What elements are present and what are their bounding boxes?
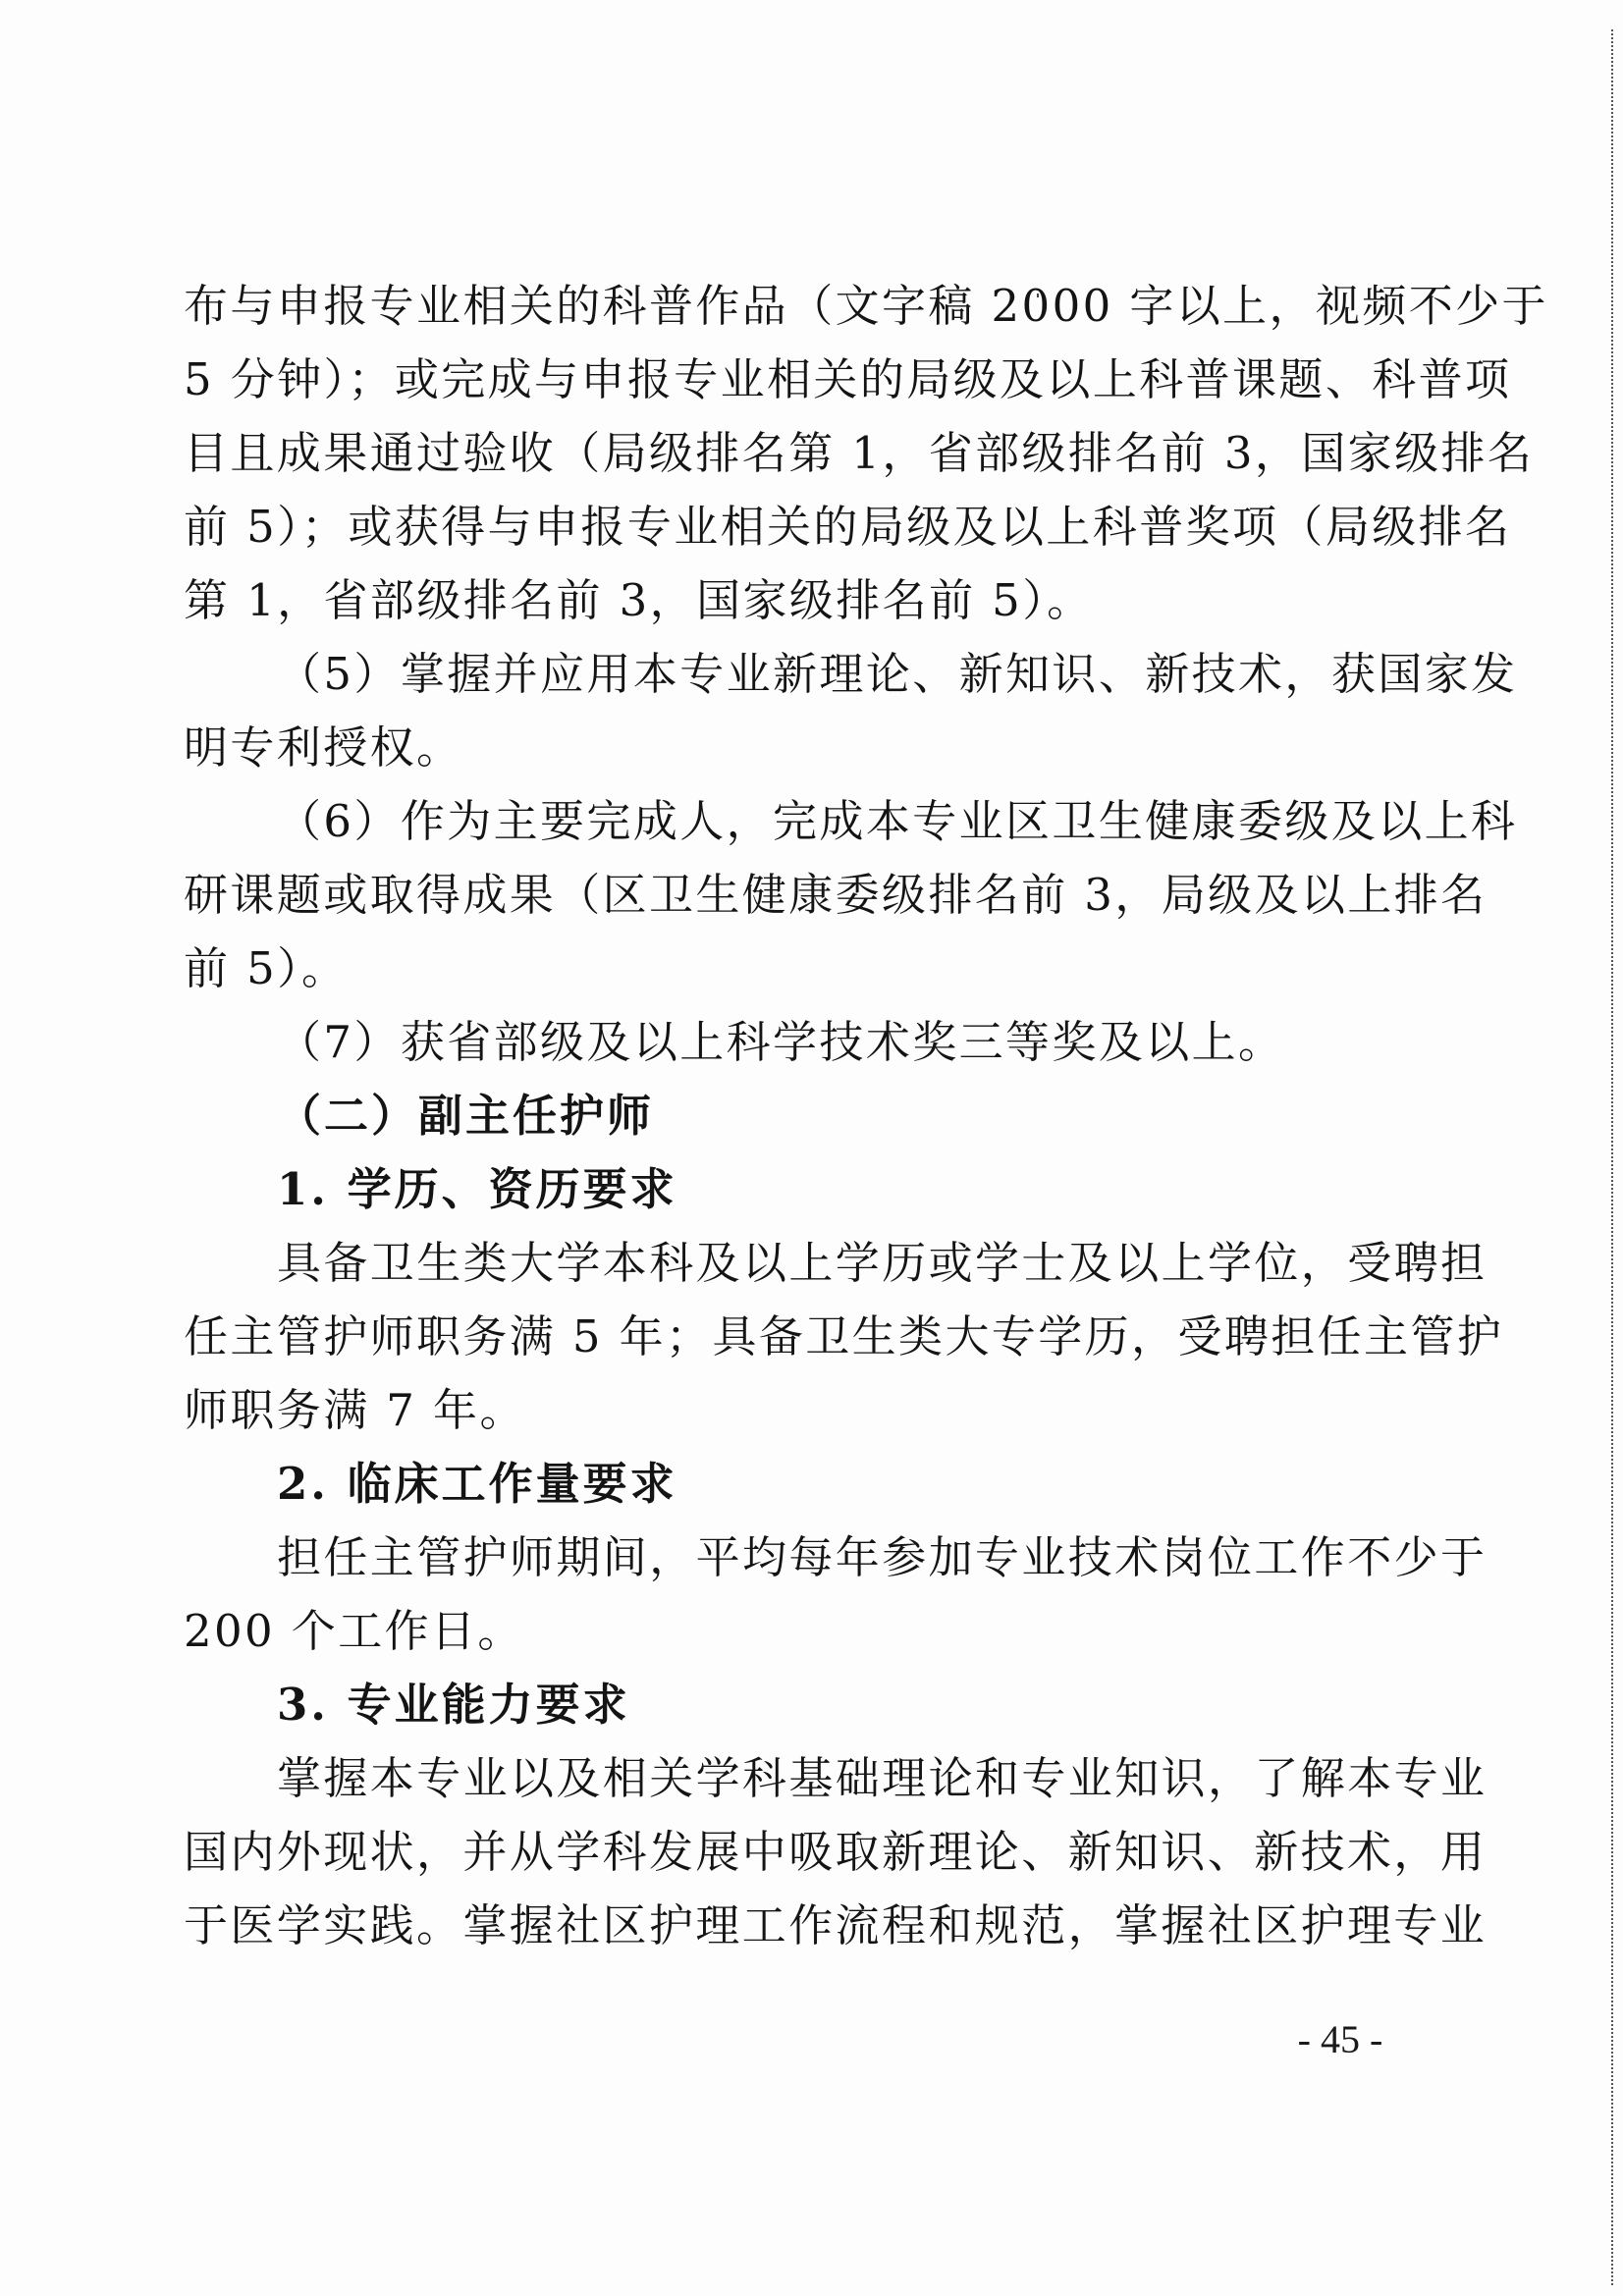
section-heading-deputy-chief-nurse: （二）副主任护师: [184, 1088, 1402, 1161]
text-line: 明专利授权。: [184, 720, 1402, 793]
body-text: 布与申报专业相关的科普作品（文字稿 2000 字以上，视频不少于 5 分钟）；或…: [184, 278, 1402, 1971]
text-line: 国内外现状，并从学科发展中吸取新理论、新知识、新技术，用: [184, 1824, 1402, 1897]
text-line: 研课题或取得成果（区卫生健康委级排名前 3，局级及以上排名: [184, 867, 1402, 940]
text-line: 具备卫生类大学本科及以上学历或学士及以上学位，受聘担: [184, 1235, 1402, 1308]
text-line: 前 5）。: [184, 940, 1402, 1014]
list-item-6: （6）作为主要完成人，完成本专业区卫生健康委级及以上科: [184, 793, 1402, 867]
text-line: 第 1，省部级排名前 3，国家级排名前 5）。: [184, 572, 1402, 646]
text-line: 前 5）；或获得与申报专业相关的局级及以上科普奖项（局级排名: [184, 499, 1402, 572]
binding-edge-line: [1611, 29, 1613, 2285]
text-line: 5 分钟）；或完成与申报专业相关的局级及以上科普课题、科普项: [184, 351, 1402, 425]
subheading-professional-ability: 3. 专业能力要求: [184, 1677, 1402, 1750]
text-line: 任主管护师职务满 5 年；具备卫生类大专学历，受聘担任主管护: [184, 1308, 1402, 1382]
text-line: 师职务满 7 年。: [184, 1382, 1402, 1456]
text-line: 于医学实践。掌握社区护理工作流程和规范，掌握社区护理专业: [184, 1897, 1402, 1971]
text-line: 掌握本专业以及相关学科基础理论和专业知识，了解本专业: [184, 1750, 1402, 1824]
text-line: 布与申报专业相关的科普作品（文字稿 2000 字以上，视频不少于: [184, 278, 1402, 351]
list-item-7: （7）获省部级及以上科学技术奖三等奖及以上。: [184, 1014, 1402, 1088]
text-line: 担任主管护师期间，平均每年参加专业技术岗位工作不少于: [184, 1529, 1402, 1603]
subheading-education-requirements: 1. 学历、资历要求: [184, 1161, 1402, 1235]
text-line: 目且成果通过验收（局级排名第 1，省部级排名前 3，国家级排名: [184, 425, 1402, 499]
document-page: 布与申报专业相关的科普作品（文字稿 2000 字以上，视频不少于 5 分钟）；或…: [0, 0, 1623, 2296]
list-item-5: （5）掌握并应用本专业新理论、新知识、新技术，获国家发: [184, 646, 1402, 720]
subheading-clinical-workload: 2. 临床工作量要求: [184, 1456, 1402, 1529]
page-number: - 45 -: [1276, 2020, 1404, 2059]
text-line: 200 个工作日。: [184, 1603, 1402, 1677]
